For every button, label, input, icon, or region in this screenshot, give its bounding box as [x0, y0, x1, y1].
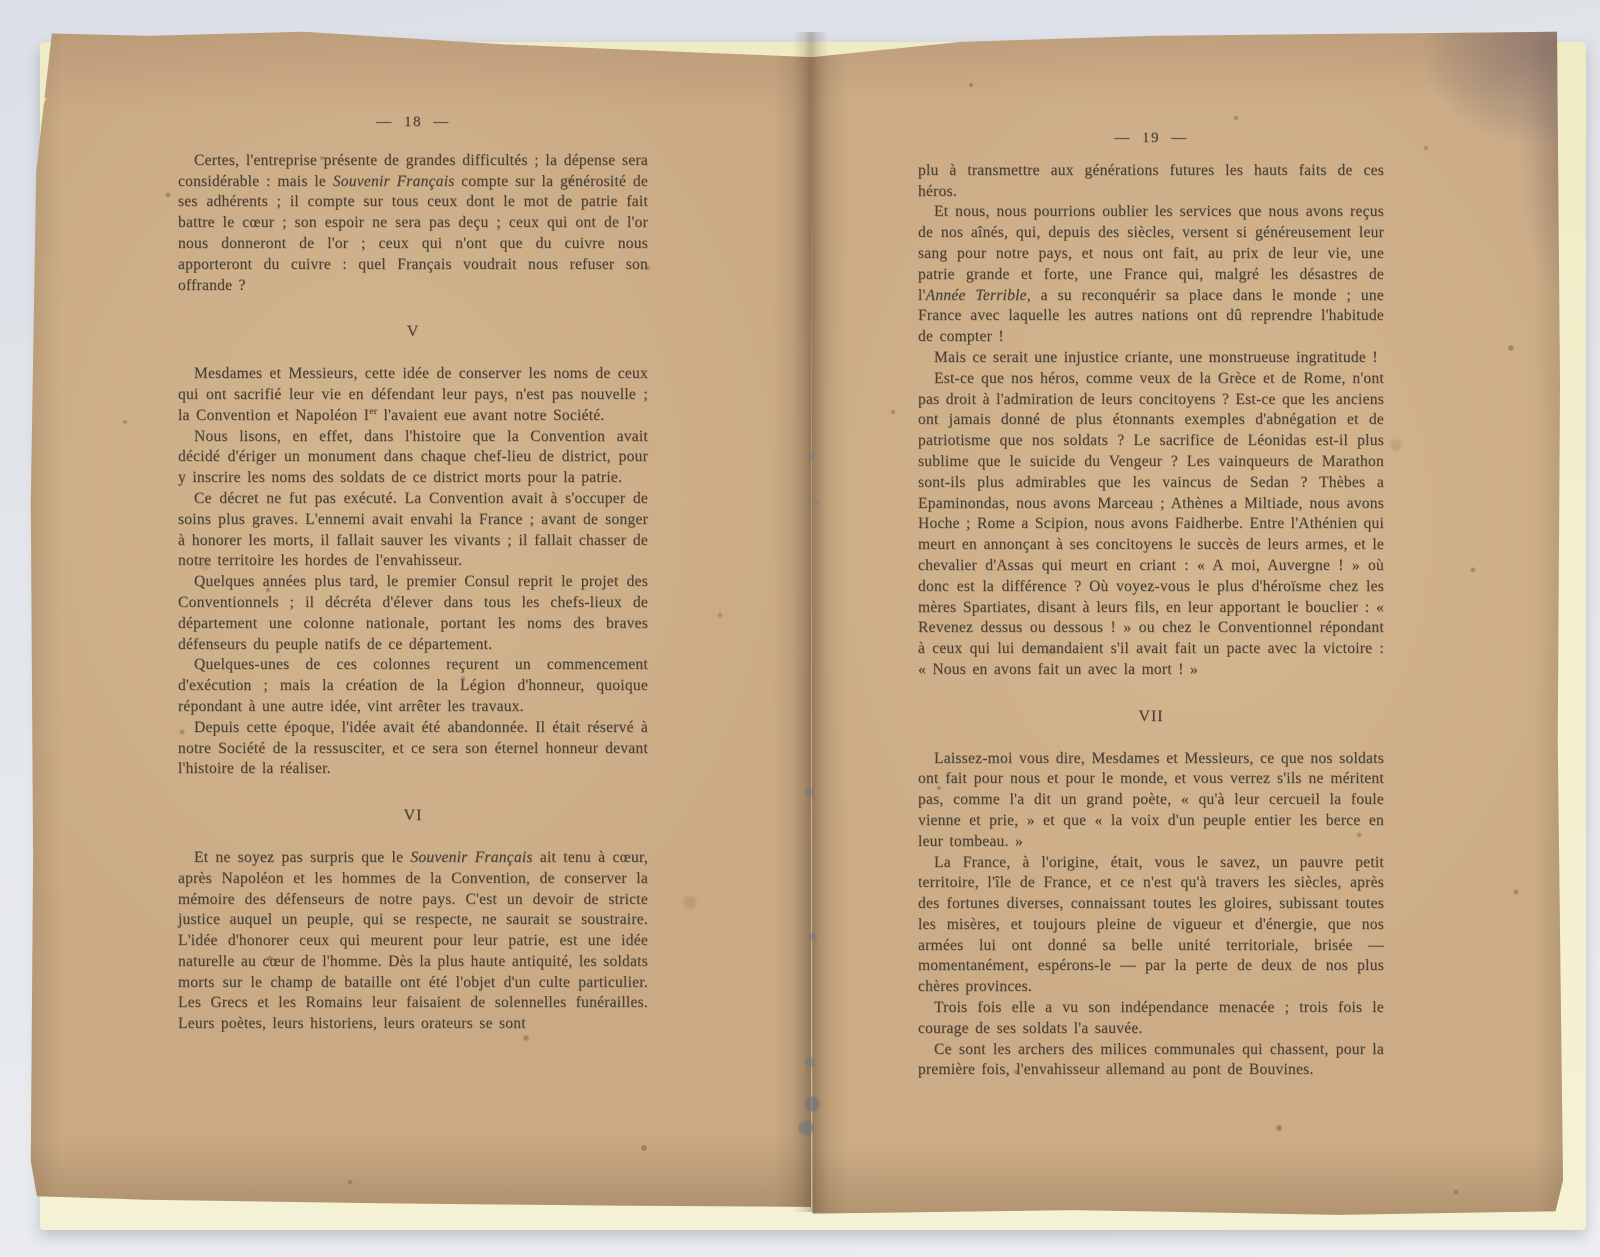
section-heading: V: [178, 322, 648, 343]
page-18: — 18 — Certes, l'entreprise présente de …: [30, 30, 811, 1208]
paragraph: Ce décret ne fut pas exécuté. La Convent…: [178, 489, 648, 572]
paragraph: Et nous, nous pourrions oublier les serv…: [918, 202, 1384, 348]
text-segment-superscript: er: [369, 406, 377, 417]
paragraph: Certes, l'entreprise présente de grandes…: [178, 151, 648, 297]
paragraph: Est-ce que nos héros, comme veux de la G…: [918, 369, 1384, 681]
paragraph: Ce sont les archers des milices communal…: [918, 1040, 1384, 1082]
text-segment-italic: Année Terrible: [926, 287, 1027, 304]
page-number: — 18 —: [178, 112, 648, 133]
page-19-content: — 19 — plu à transmettre aux générations…: [918, 128, 1384, 1081]
scan-background: — 18 — Certes, l'entreprise présente de …: [0, 0, 1600, 1257]
text-segment-italic: Souvenir Français: [333, 173, 455, 190]
paragraph: Quelques années plus tard, le premier Co…: [178, 572, 648, 655]
text-segment: ait tenu à cœur, après Napoléon et les h…: [178, 849, 648, 1032]
paragraph: La France, à l'origine, était, vous le s…: [918, 853, 1384, 999]
paragraph: Mesdames et Messieurs, cette idée de con…: [178, 364, 648, 426]
paragraph: Laissez-moi vous dire, Mesdames et Messi…: [918, 749, 1384, 853]
text-segment-italic: Souvenir Français: [410, 849, 532, 866]
page-number: — 19 —: [918, 128, 1384, 149]
paragraph: plu à transmettre aux générations future…: [918, 161, 1384, 203]
page-18-content: — 18 — Certes, l'entreprise présente de …: [178, 112, 648, 1035]
section-heading: VII: [918, 707, 1384, 728]
paragraph: Nous lisons, en effet, dans l'histoire q…: [178, 427, 648, 489]
text-segment: l'avaient eue avant notre Société.: [377, 407, 604, 424]
text-segment: Et ne soyez pas surpris que le: [194, 849, 410, 866]
paragraph: Quelques-unes de ces colonnes reçurent u…: [178, 655, 648, 717]
paragraph: Trois fois elle a vu son indépendance me…: [918, 998, 1384, 1040]
paragraph: Depuis cette époque, l'idée avait été ab…: [178, 718, 648, 780]
paragraph: Et ne soyez pas surpris que le Souvenir …: [178, 848, 648, 1035]
paragraph: Mais ce serait une injustice criante, un…: [918, 348, 1384, 369]
text-segment: compte sur la générosité de ses adhérent…: [178, 173, 648, 294]
section-heading: VI: [178, 806, 648, 827]
page-19: — 19 — plu à transmettre aux générations…: [811, 30, 1563, 1216]
